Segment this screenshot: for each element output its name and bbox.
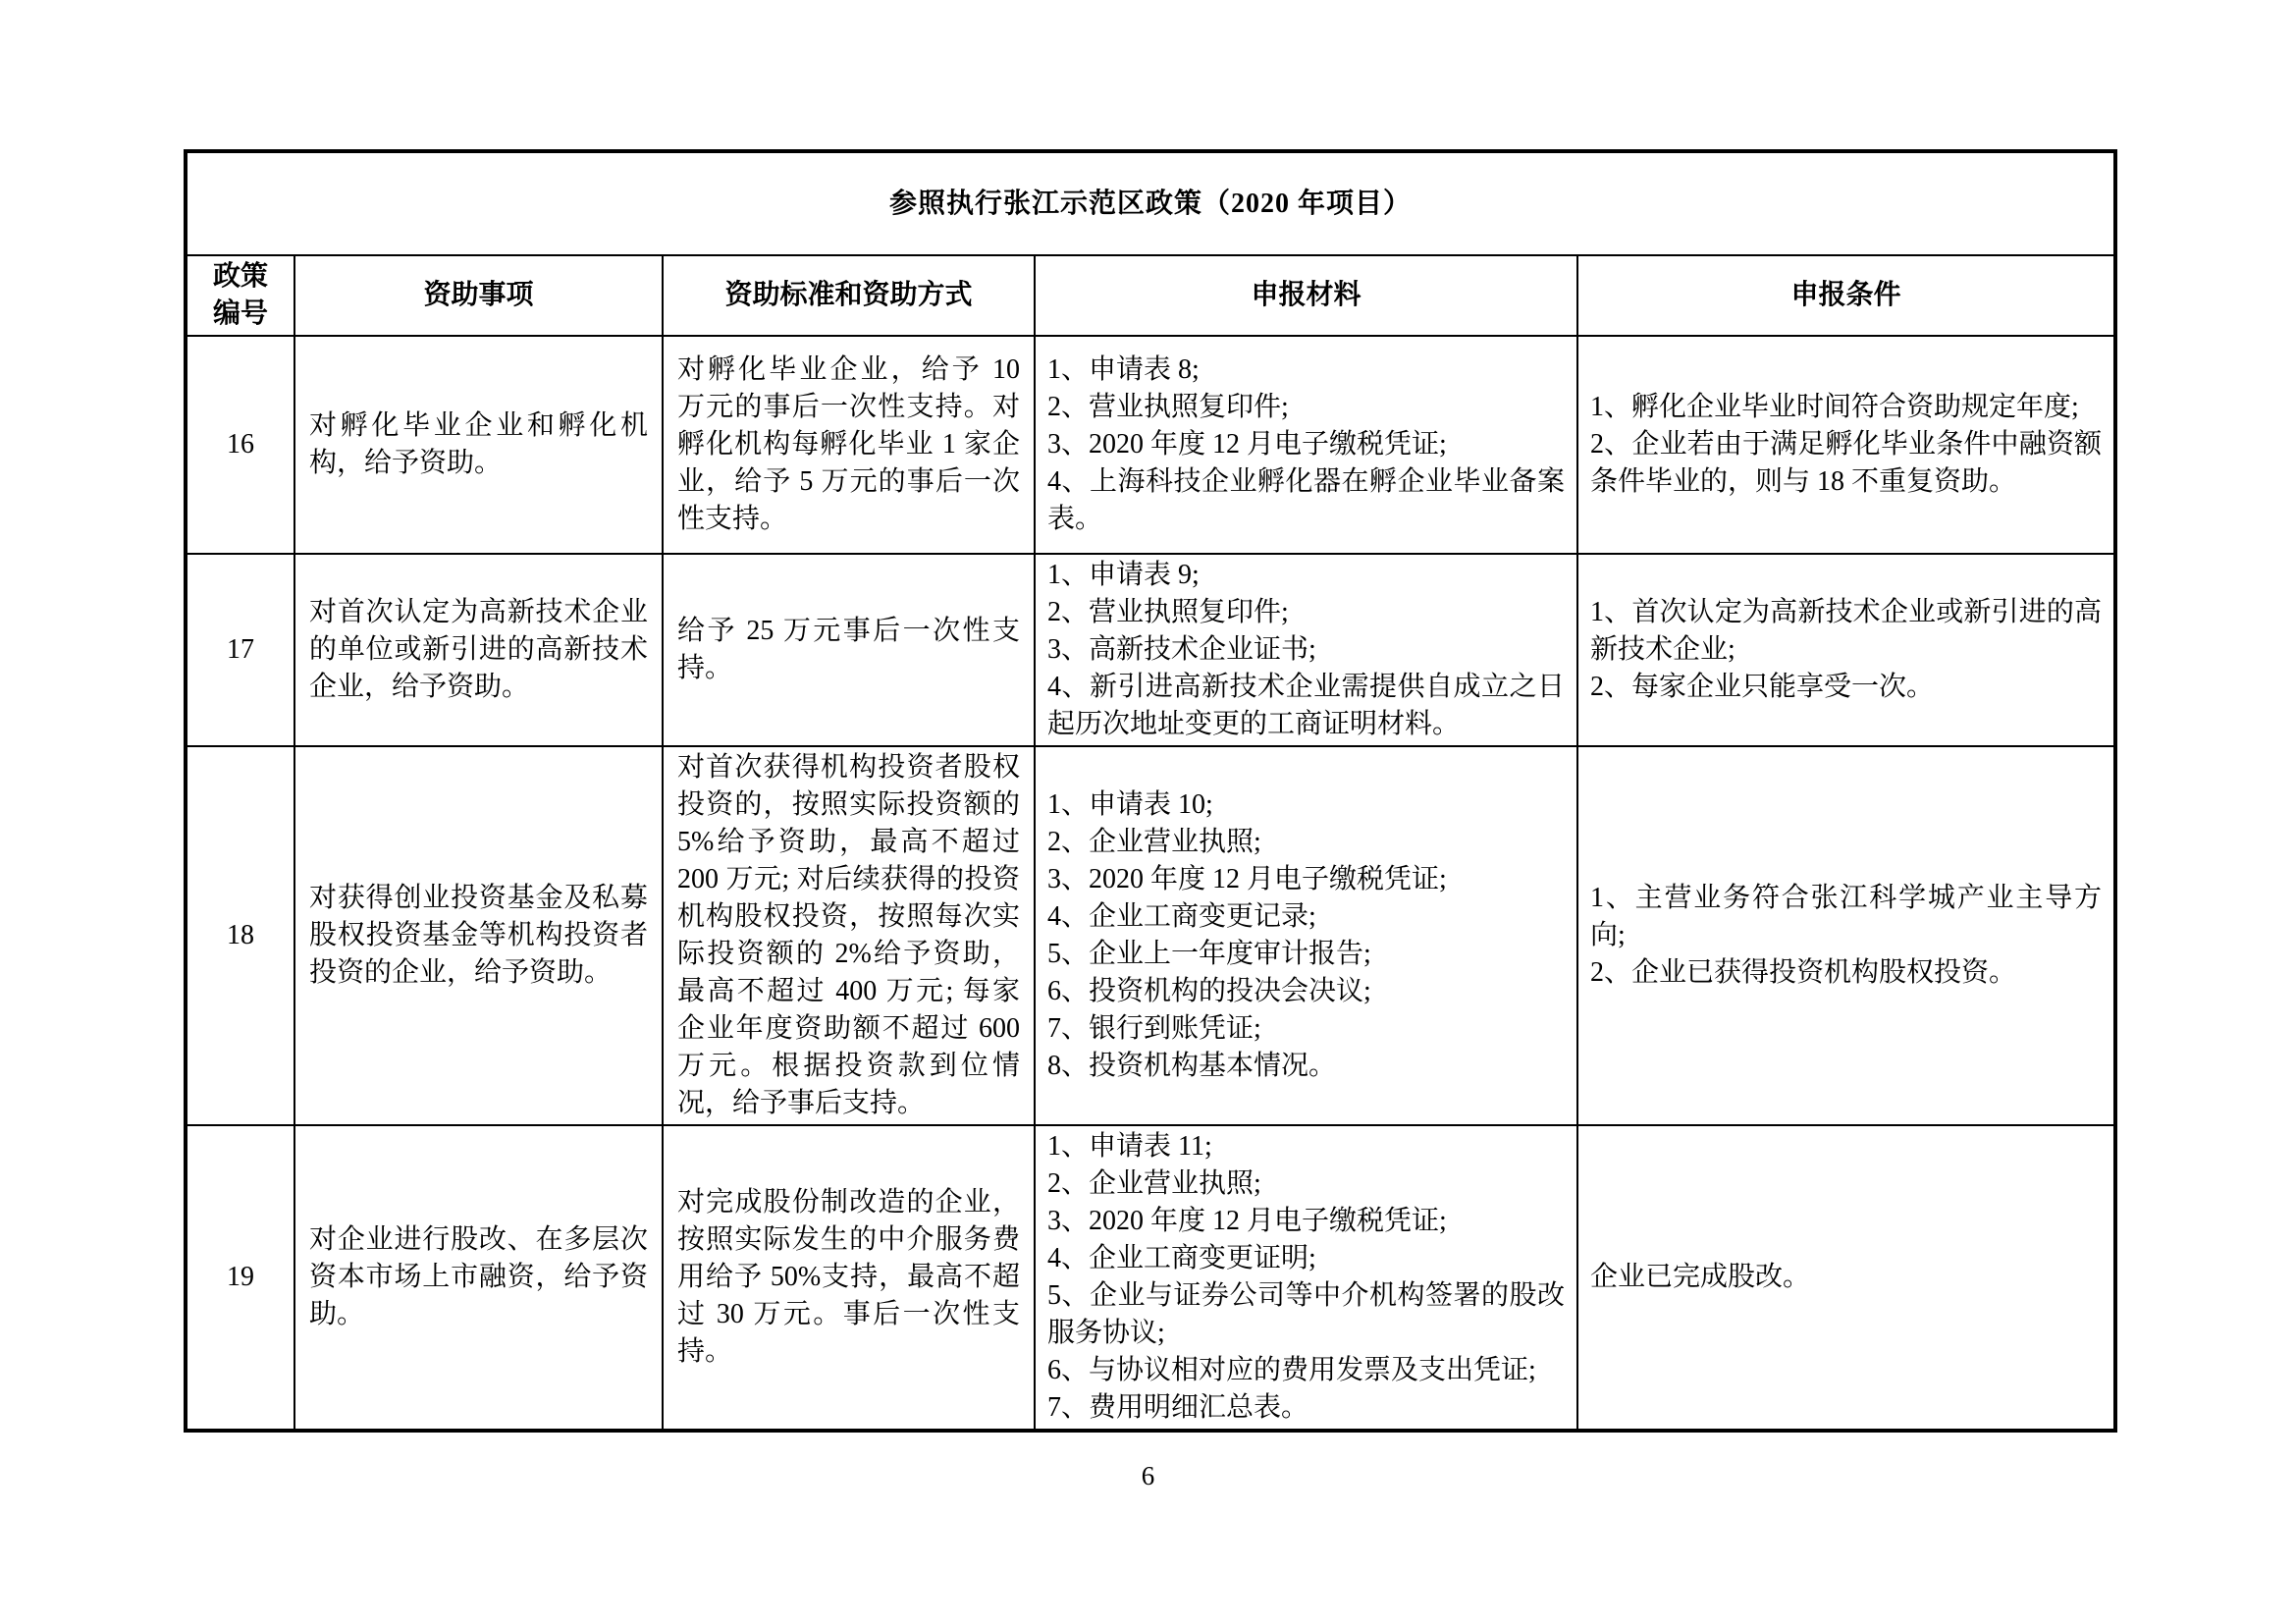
list-item: 7、费用明细汇总表。 — [1047, 1389, 1565, 1427]
list-item: 1、首次认定为高新技术企业或新引进的高新技术企业; — [1590, 594, 2102, 669]
funding-standard-19: 对完成股份制改造的企业，按照实际发生的中介服务费用给予 50%支持，最高不超过 … — [663, 1125, 1035, 1431]
list-item: 3、2020 年度 12 月电子缴税凭证; — [1047, 861, 1565, 898]
application-conditions-19: 企业已完成股改。 — [1577, 1125, 2115, 1431]
header-policy-number-line2: 编号 — [213, 298, 268, 329]
policy-number-19: 19 — [186, 1125, 294, 1431]
list-item: 5、企业与证券公司等中介机构签署的股改服务协议; — [1047, 1277, 1565, 1352]
list-item: 1、申请表 11; — [1047, 1128, 1565, 1165]
application-conditions-18: 1、主营业务符合张江科学城产业主导方向;2、企业已获得投资机构股权投资。 — [1577, 746, 2115, 1125]
list-item: 2、企业营业执照; — [1047, 1165, 1565, 1203]
list-item: 3、高新技术企业证书; — [1047, 631, 1565, 669]
list-item: 2、营业执照复印件; — [1047, 594, 1565, 631]
table-row-16: 16 对孵化毕业企业和孵化机构，给予资助。 对孵化毕业企业，给予 10 万元的事… — [186, 336, 2115, 554]
funding-item-19: 对企业进行股改、在多层次资本市场上市融资，给予资助。 — [294, 1125, 663, 1431]
policy-number-18: 18 — [186, 746, 294, 1125]
list-item: 3、2020 年度 12 月电子缴税凭证; — [1047, 426, 1565, 463]
application-materials-19: 1、申请表 11;2、企业营业执照;3、2020 年度 12 月电子缴税凭证;4… — [1035, 1125, 1577, 1431]
page-number: 6 — [0, 1459, 2296, 1492]
table-title-row: 参照执行张江示范区政策（2020 年项目） — [186, 151, 2115, 255]
list-item: 1、孵化企业毕业时间符合资助规定年度; — [1590, 389, 2102, 426]
list-item: 8、投资机构基本情况。 — [1047, 1048, 1565, 1085]
list-item: 4、新引进高新技术企业需提供自成立之日起历次地址变更的工商证明材料。 — [1047, 669, 1565, 743]
table-row-17: 17 对首次认定为高新技术企业的单位或新引进的高新技术企业，给予资助。 给予 2… — [186, 554, 2115, 746]
application-materials-18: 1、申请表 10;2、企业营业执照;3、2020 年度 12 月电子缴税凭证;4… — [1035, 746, 1577, 1125]
policy-number-16: 16 — [186, 336, 294, 554]
application-materials-17: 1、申请表 9;2、营业执照复印件;3、高新技术企业证书;4、新引进高新技术企业… — [1035, 554, 1577, 746]
funding-item-16: 对孵化毕业企业和孵化机构，给予资助。 — [294, 336, 663, 554]
document-page: 参照执行张江示范区政策（2020 年项目） 政策 编号 资助事项 资助标准和资助… — [0, 0, 2296, 1624]
funding-standard-18: 对首次获得机构投资者股权投资的，按照实际投资额的 5%给予资助，最高不超过 20… — [663, 746, 1035, 1125]
funding-item-18: 对获得创业投资基金及私募股权投资基金等机构投资者投资的企业，给予资助。 — [294, 746, 663, 1125]
list-item: 6、与协议相对应的费用发票及支出凭证; — [1047, 1352, 1565, 1389]
list-item: 1、主营业务符合张江科学城产业主导方向; — [1590, 880, 2102, 954]
list-item: 5、企业上一年度审计报告; — [1047, 936, 1565, 973]
list-item: 2、企业已获得投资机构股权投资。 — [1590, 954, 2102, 992]
list-item: 4、上海科技企业孵化器在孵企业毕业备案表。 — [1047, 463, 1565, 538]
funding-standard-17: 给予 25 万元事后一次性支持。 — [663, 554, 1035, 746]
header-funding-standard: 资助标准和资助方式 — [663, 255, 1035, 336]
header-funding-item: 资助事项 — [294, 255, 663, 336]
list-item: 1、申请表 10; — [1047, 786, 1565, 824]
list-item: 4、企业工商变更记录; — [1047, 898, 1565, 936]
application-conditions-16: 1、孵化企业毕业时间符合资助规定年度;2、企业若由于满足孵化毕业条件中融资额条件… — [1577, 336, 2115, 554]
policy-number-17: 17 — [186, 554, 294, 746]
list-item: 1、申请表 8; — [1047, 352, 1565, 389]
list-item: 7、银行到账凭证; — [1047, 1010, 1565, 1048]
list-item: 2、企业营业执照; — [1047, 824, 1565, 861]
table-title: 参照执行张江示范区政策（2020 年项目） — [186, 151, 2115, 255]
list-item: 6、投资机构的投决会决议; — [1047, 973, 1565, 1010]
policy-table: 参照执行张江示范区政策（2020 年项目） 政策 编号 资助事项 资助标准和资助… — [184, 149, 2117, 1433]
list-item: 1、申请表 9; — [1047, 557, 1565, 594]
list-item: 4、企业工商变更证明; — [1047, 1240, 1565, 1277]
application-materials-16: 1、申请表 8;2、营业执照复印件;3、2020 年度 12 月电子缴税凭证;4… — [1035, 336, 1577, 554]
list-item: 2、每家企业只能享受一次。 — [1590, 669, 2102, 706]
list-item: 2、企业若由于满足孵化毕业条件中融资额条件毕业的，则与 18 不重复资助。 — [1590, 426, 2102, 501]
header-policy-number: 政策 编号 — [186, 255, 294, 336]
list-item: 3、2020 年度 12 月电子缴税凭证; — [1047, 1203, 1565, 1240]
table-header-row: 政策 编号 资助事项 资助标准和资助方式 申报材料 申报条件 — [186, 255, 2115, 336]
list-item: 2、营业执照复印件; — [1047, 389, 1565, 426]
funding-standard-16: 对孵化毕业企业，给予 10 万元的事后一次性支持。对孵化机构每孵化毕业 1 家企… — [663, 336, 1035, 554]
list-item: 企业已完成股改。 — [1590, 1259, 2102, 1296]
table-row-19: 19 对企业进行股改、在多层次资本市场上市融资，给予资助。 对完成股份制改造的企… — [186, 1125, 2115, 1431]
header-application-materials: 申报材料 — [1035, 255, 1577, 336]
header-policy-number-line1: 政策 — [213, 261, 268, 292]
header-application-conditions: 申报条件 — [1577, 255, 2115, 336]
table-row-18: 18 对获得创业投资基金及私募股权投资基金等机构投资者投资的企业，给予资助。 对… — [186, 746, 2115, 1125]
application-conditions-17: 1、首次认定为高新技术企业或新引进的高新技术企业;2、每家企业只能享受一次。 — [1577, 554, 2115, 746]
funding-item-17: 对首次认定为高新技术企业的单位或新引进的高新技术企业，给予资助。 — [294, 554, 663, 746]
